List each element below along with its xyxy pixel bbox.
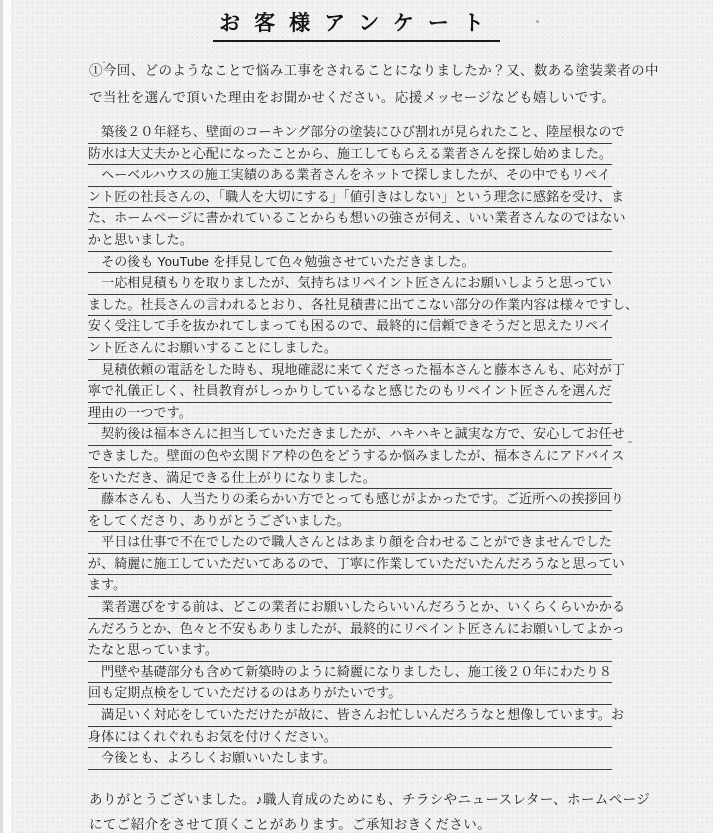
answer-lines: 築後２０年経ち、壁面のコーキング部分の塗装にひび割れが見られたこと、陸屋根なので…: [88, 122, 612, 770]
footer-note: ありがとうございました。♪職人育成のためにも、チラシやニュースレター、ホームペー…: [89, 787, 619, 833]
question-line: ①今回、どのようなことで悩み工事をされることになりましたか？又、数ある塗装業者の…: [89, 57, 615, 84]
answer-line: 築後２０年経ち、壁面のコーキング部分の塗装にひび割れが見られたこと、陸屋根なので: [88, 122, 612, 144]
answer-line: ました。社長さんの言われるとおり、各社見積書に出てこない部分の作業内容は様々です…: [88, 295, 612, 317]
answer-line: 平日は仕事で不在でしたので職人さんとはあまり顔を合わせることができませんでした: [88, 532, 612, 554]
footer-line: にてご紹介をさせて頂くことがあります。ご承知おきください。: [89, 812, 619, 833]
answer-line: 安く受注して手を抜かれてしまっても困るので、最終的に信頼できそうだと思えたリペイ: [88, 316, 612, 338]
answer-line: 見積依頼の電話をした時も、現地確認に来てくださった福本さんと藤本さんも、応対が丁: [88, 360, 612, 382]
page-title: お客様アンケート: [213, 7, 500, 42]
answer-line: んだろうとか、色々と不安もありましたが、最終的にリペイント匠さんにお願いしてよか…: [88, 619, 612, 641]
scan-artifact-dot: [536, 20, 539, 23]
answer-line: が、綺麗に施工していただいてあるので、丁寧に作業していただいたんだろうなと思って…: [88, 554, 612, 576]
question-line: で当社を選んで頂いた理由をお聞かせください。応援メッセージなども嬉しいです。: [89, 84, 615, 111]
answer-line: かと思いました。: [88, 230, 612, 252]
answer-line: 契約後は福本さんに担当していただきましたが、ハキハキと誠実な方で、安心してお任せ: [88, 424, 612, 446]
answer-line: 門壁や基礎部分も含めて新築時のように綺麗になりましたし、施工後２０年にわたり８: [88, 662, 612, 684]
title-row: お客様アンケート: [0, 0, 713, 42]
answer-line: をいただき、満足できる仕上がりになりました。: [88, 468, 612, 490]
scan-artifact-dot: [628, 441, 632, 443]
scanned-survey-page: お客様アンケート ①今回、どのようなことで悩み工事をされることになりましたか？又…: [0, 0, 713, 833]
question-block: ①今回、どのようなことで悩み工事をされることになりましたか？又、数ある塗装業者の…: [89, 57, 615, 111]
answer-line: たなと思っています。: [88, 640, 612, 662]
answer-line: 理由の一つです。: [88, 403, 612, 425]
answer-line: 寧で礼儀正しく、社員教育がしっかりしているなと感じたのもリペイント匠さんを選んだ: [88, 381, 612, 403]
answer-line: た、ホームページに書かれていることからも想いの強さが伺え、いい業者さんなのではな…: [88, 208, 612, 230]
answer-line: 今後とも、よろしくお願いいたします。: [88, 748, 612, 770]
answer-line: をしてくださり、ありがとうございました。: [88, 511, 612, 533]
answer-line: 防水は大丈夫かと心配になったことから、施工してもらえる業者さんを探し始めました。: [88, 144, 612, 166]
answer-line: ます。: [88, 575, 612, 597]
answer-line: できました。壁面の色や玄関ドア枠の色をどうするか悩みましたが、福本さんにアドバイ…: [88, 446, 612, 468]
scan-artifact-dot: [103, 61, 105, 63]
answer-line: ント匠さんにお願いすることにしました。: [88, 338, 612, 360]
scan-edge-margin: [3, 0, 11, 833]
answer-line: ント匠の社長さんの、「職人を大切にする」「値引きはしない」という理念に感銘を受け…: [88, 187, 612, 209]
answer-line: その後も YouTube を拝見して色々勉強させていただきました。: [88, 252, 612, 274]
answer-line: 回も定期点検をしていただけるのはありがたいです。: [88, 683, 612, 705]
answer-line: 業者選びをする前は、どこの業者にお願いしたらいいんだろうとか、いくらくらいかかる: [88, 597, 612, 619]
answer-line: 藤本さんも、人当たりの柔らかい方でとっても感じがよかったです。ご近所への挨拶回り: [88, 489, 612, 511]
footer-line: ありがとうございました。♪職人育成のためにも、チラシやニュースレター、ホームペー…: [89, 787, 619, 813]
answer-line: 満足いく対応をしていただけたが故に、皆さんお忙しいんだろうなと想像しています。お: [88, 705, 612, 727]
answer-line: ヘーベルハウスの施工実績のある業者さんをネットで探しましたが、その中でもリペイ: [88, 165, 612, 187]
answer-line: 一応相見積もりを取りましたが、気持ちはリペイント匠さんにお願いしようと思ってい: [88, 273, 612, 295]
answer-line: 身体にはくれぐれもお気を付けください。: [88, 727, 612, 749]
